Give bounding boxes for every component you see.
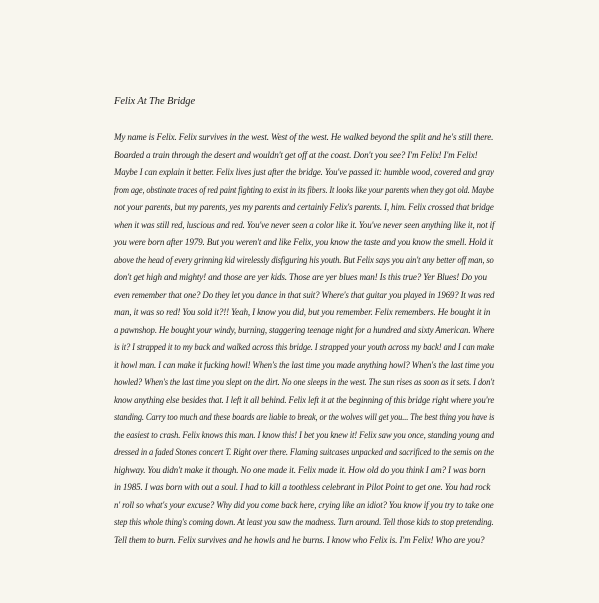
text-line: My name is Felix. Felix survives in the … [114, 129, 494, 147]
text-line: don't get high and mighty! and those are… [114, 269, 494, 287]
text-line: man, it was so red! You sold it?!! Yeah,… [114, 304, 494, 322]
text-line: step this whole thing's coming down. At … [114, 514, 473, 532]
text-line: when it was still red, luscious and red.… [114, 217, 486, 235]
text-line: Boarded a train through the desert and w… [114, 147, 494, 165]
document-page: Felix At The Bridge My name is Felix. Fe… [0, 0, 599, 603]
text-line: not your parents, but my parents, yes my… [114, 199, 487, 217]
text-line: standing. Carry too much and these board… [114, 409, 466, 427]
text-line: highway. You didn't make it though. No o… [114, 462, 494, 480]
text-line: know anything else besides that. I left … [114, 392, 484, 410]
document-body: My name is Felix. Felix survives in the … [114, 129, 494, 549]
text-line: dressed in a faded Stones concert T. Rig… [114, 444, 470, 462]
text-line: the easiest to crash. Felix knows this m… [114, 427, 479, 445]
text-line: n' roll so what's your excuse? Why did y… [114, 497, 484, 515]
text-line: is it? I strapped it to my back and walk… [114, 339, 473, 357]
text-line: Maybe I can explain it better. Felix liv… [114, 164, 486, 182]
text-line: even remember that one? Do they let you … [114, 287, 485, 305]
text-line: above the head of every grinning kid wir… [114, 252, 472, 270]
text-line: in 1985. I was born with out a soul. I h… [114, 479, 494, 497]
document-title: Felix At The Bridge [114, 96, 195, 107]
text-line: from age, obstinate traces of red paint … [114, 182, 463, 200]
text-line: howled? When's the last time you slept o… [114, 374, 472, 392]
text-line: a pawnshop. He bought your windy, burnin… [114, 322, 481, 340]
text-line: you were born after 1979. But you weren'… [114, 234, 494, 252]
text-line: it howl man. I can make it fucking howl!… [114, 357, 482, 375]
text-line: Tell them to burn. Felix survives and he… [114, 532, 494, 550]
